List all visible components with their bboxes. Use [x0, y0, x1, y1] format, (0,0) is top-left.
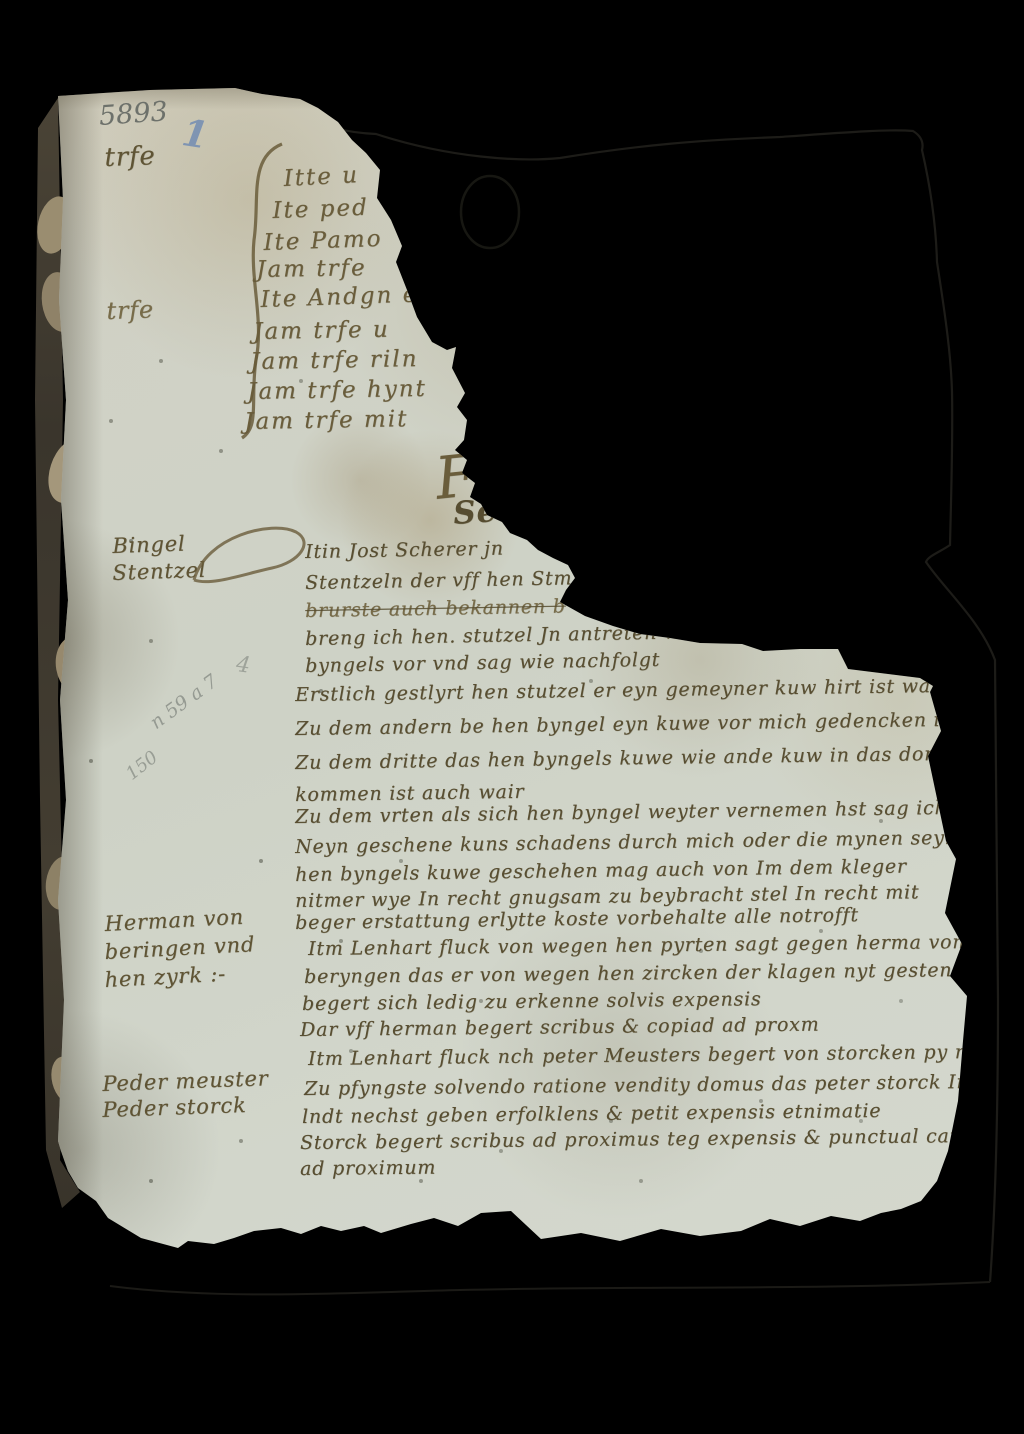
index-item-7: Jam trfe riln: [250, 346, 419, 375]
manuscript-photo: 5893 1 trfe trfe Itte u Ite ped Ite Pamo…: [0, 0, 1024, 1434]
entry1-point-line-3: Zu dem dritte das hen byngels kuwe wie a…: [295, 743, 950, 774]
entry3-margin-line-2: Peder storck: [102, 1093, 247, 1122]
index-item-4: Jam trfe: [256, 255, 367, 283]
pencil-scribble-1: 150: [122, 747, 162, 785]
entry2-margin-line-3: hen zyrk :-: [104, 962, 227, 992]
entry1-intro-line-1: Itin Jost Scherer jn: [305, 538, 504, 563]
index-item-3: Ite Pamo: [263, 226, 383, 256]
entry2-intro-line-4: Dar vff herman begert scribus & copiad a…: [300, 1014, 820, 1041]
entry2-intro-line-3: begert sich ledig zu erkenne solvis expe…: [302, 988, 762, 1015]
entry1-point-line-4: kommen ist auch wair: [295, 781, 525, 806]
index-item-6: Jam trfe u: [253, 317, 390, 345]
index-item-8: Jam trfe hynt: [247, 376, 427, 405]
index-item-2: Ite ped: [272, 195, 369, 224]
entry1-paraph: [188, 518, 318, 606]
entry3-intro-line-4: Storck begert scribus ad proximus teg ex…: [300, 1125, 982, 1154]
entry1-reply-line-2: Neyn geschene kuns schadens durch mich o…: [295, 827, 958, 858]
entry1-intro-line-5: byngels vor vnd sag wie nachfolgt: [305, 649, 660, 677]
entry3-intro-line-3: lndt nechst geben erfolklens & petit exp…: [302, 1100, 881, 1128]
archival-number: 5893: [98, 96, 169, 132]
entry1-point-line-2: Zu dem andern be hen byngel eyn kuwe vor…: [295, 708, 1006, 740]
entry2-intro-line-2: beryngen das er von wegen hen zircken de…: [304, 959, 985, 988]
index-item-9: Jam trfe mit: [244, 406, 409, 435]
pencil-scribble-2: n 59 a 7: [146, 670, 222, 734]
entry2-margin-line-2: beringen vnd: [104, 932, 256, 964]
margin-note-2: trfe: [106, 295, 154, 325]
entry3-intro-line-5: ad proximum: [300, 1157, 436, 1180]
entry3-intro-line-1: Itm Lenhart fluck nch peter Meusters beg…: [308, 1041, 988, 1070]
folio-number: 1: [179, 110, 212, 158]
pencil-scribble-3: 4: [235, 652, 252, 679]
entry1-intro-line-2: Stentzeln der vff hen Stm.: [305, 567, 579, 594]
ring-stain: [461, 176, 519, 248]
entry3-intro-line-2: Zu pfyngste solvendo ratione vendity dom…: [304, 1071, 1010, 1100]
margin-note-1: trfe: [104, 141, 156, 173]
entry1-reply-line-3: hen byngels kuwe geschehen mag auch von …: [295, 855, 907, 886]
entry2-margin-line-1: Herman von: [104, 905, 245, 936]
entry2-intro-line-1: Itm Lenhart fluck von wegen hen pyrten s…: [308, 931, 965, 960]
entry3-margin-line-1: Peder meuster: [102, 1066, 269, 1096]
entry1-intro-line-3: brurste auch bekannen b: [305, 595, 566, 622]
entry1-margin-line-1: Bingel: [112, 531, 186, 558]
index-item-1: Itte u: [283, 162, 360, 192]
entry1-point-line-1: Erstlich gestlyrt hen stutzel er eyn gem…: [295, 675, 931, 706]
